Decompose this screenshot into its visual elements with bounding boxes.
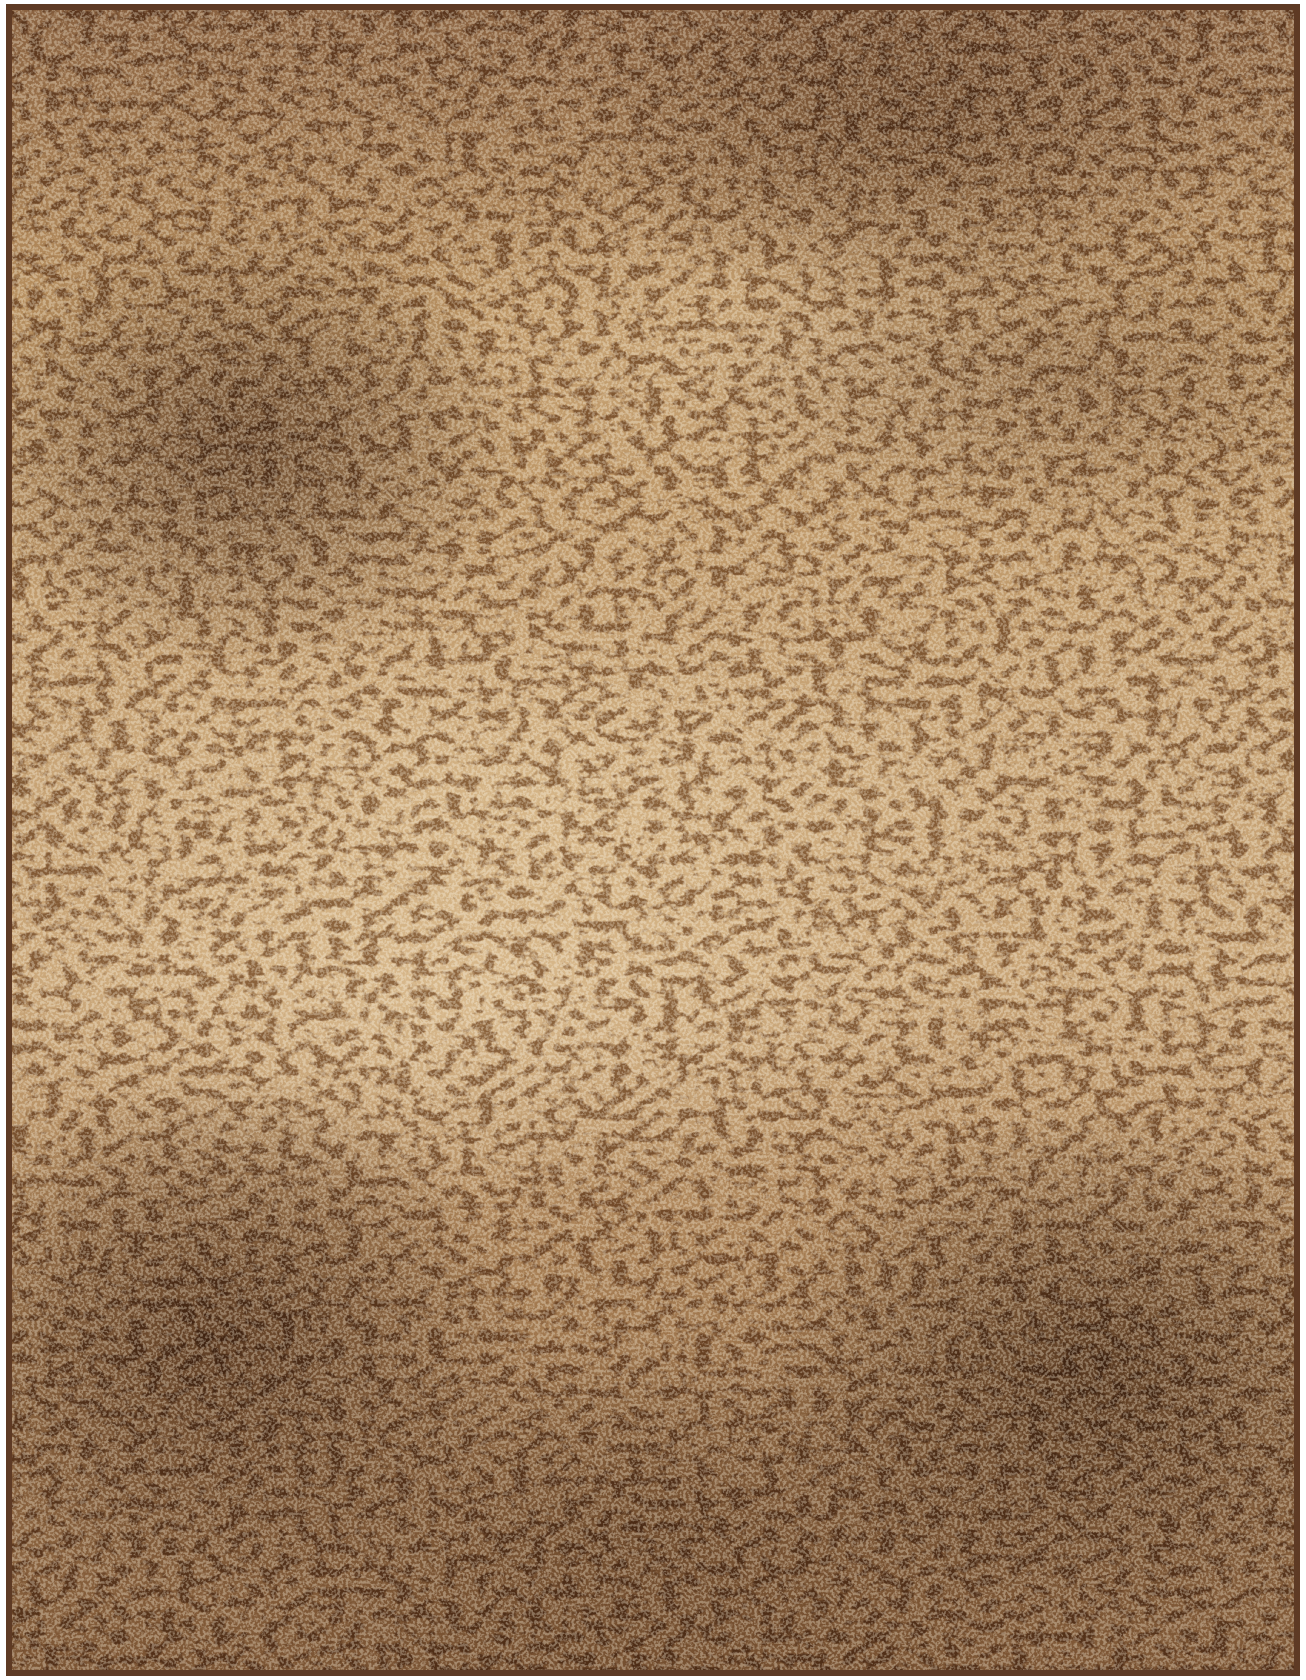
rug-texture-light-speckle	[12, 10, 1294, 1670]
rug	[6, 4, 1300, 1676]
product-image-canvas	[0, 0, 1306, 1680]
